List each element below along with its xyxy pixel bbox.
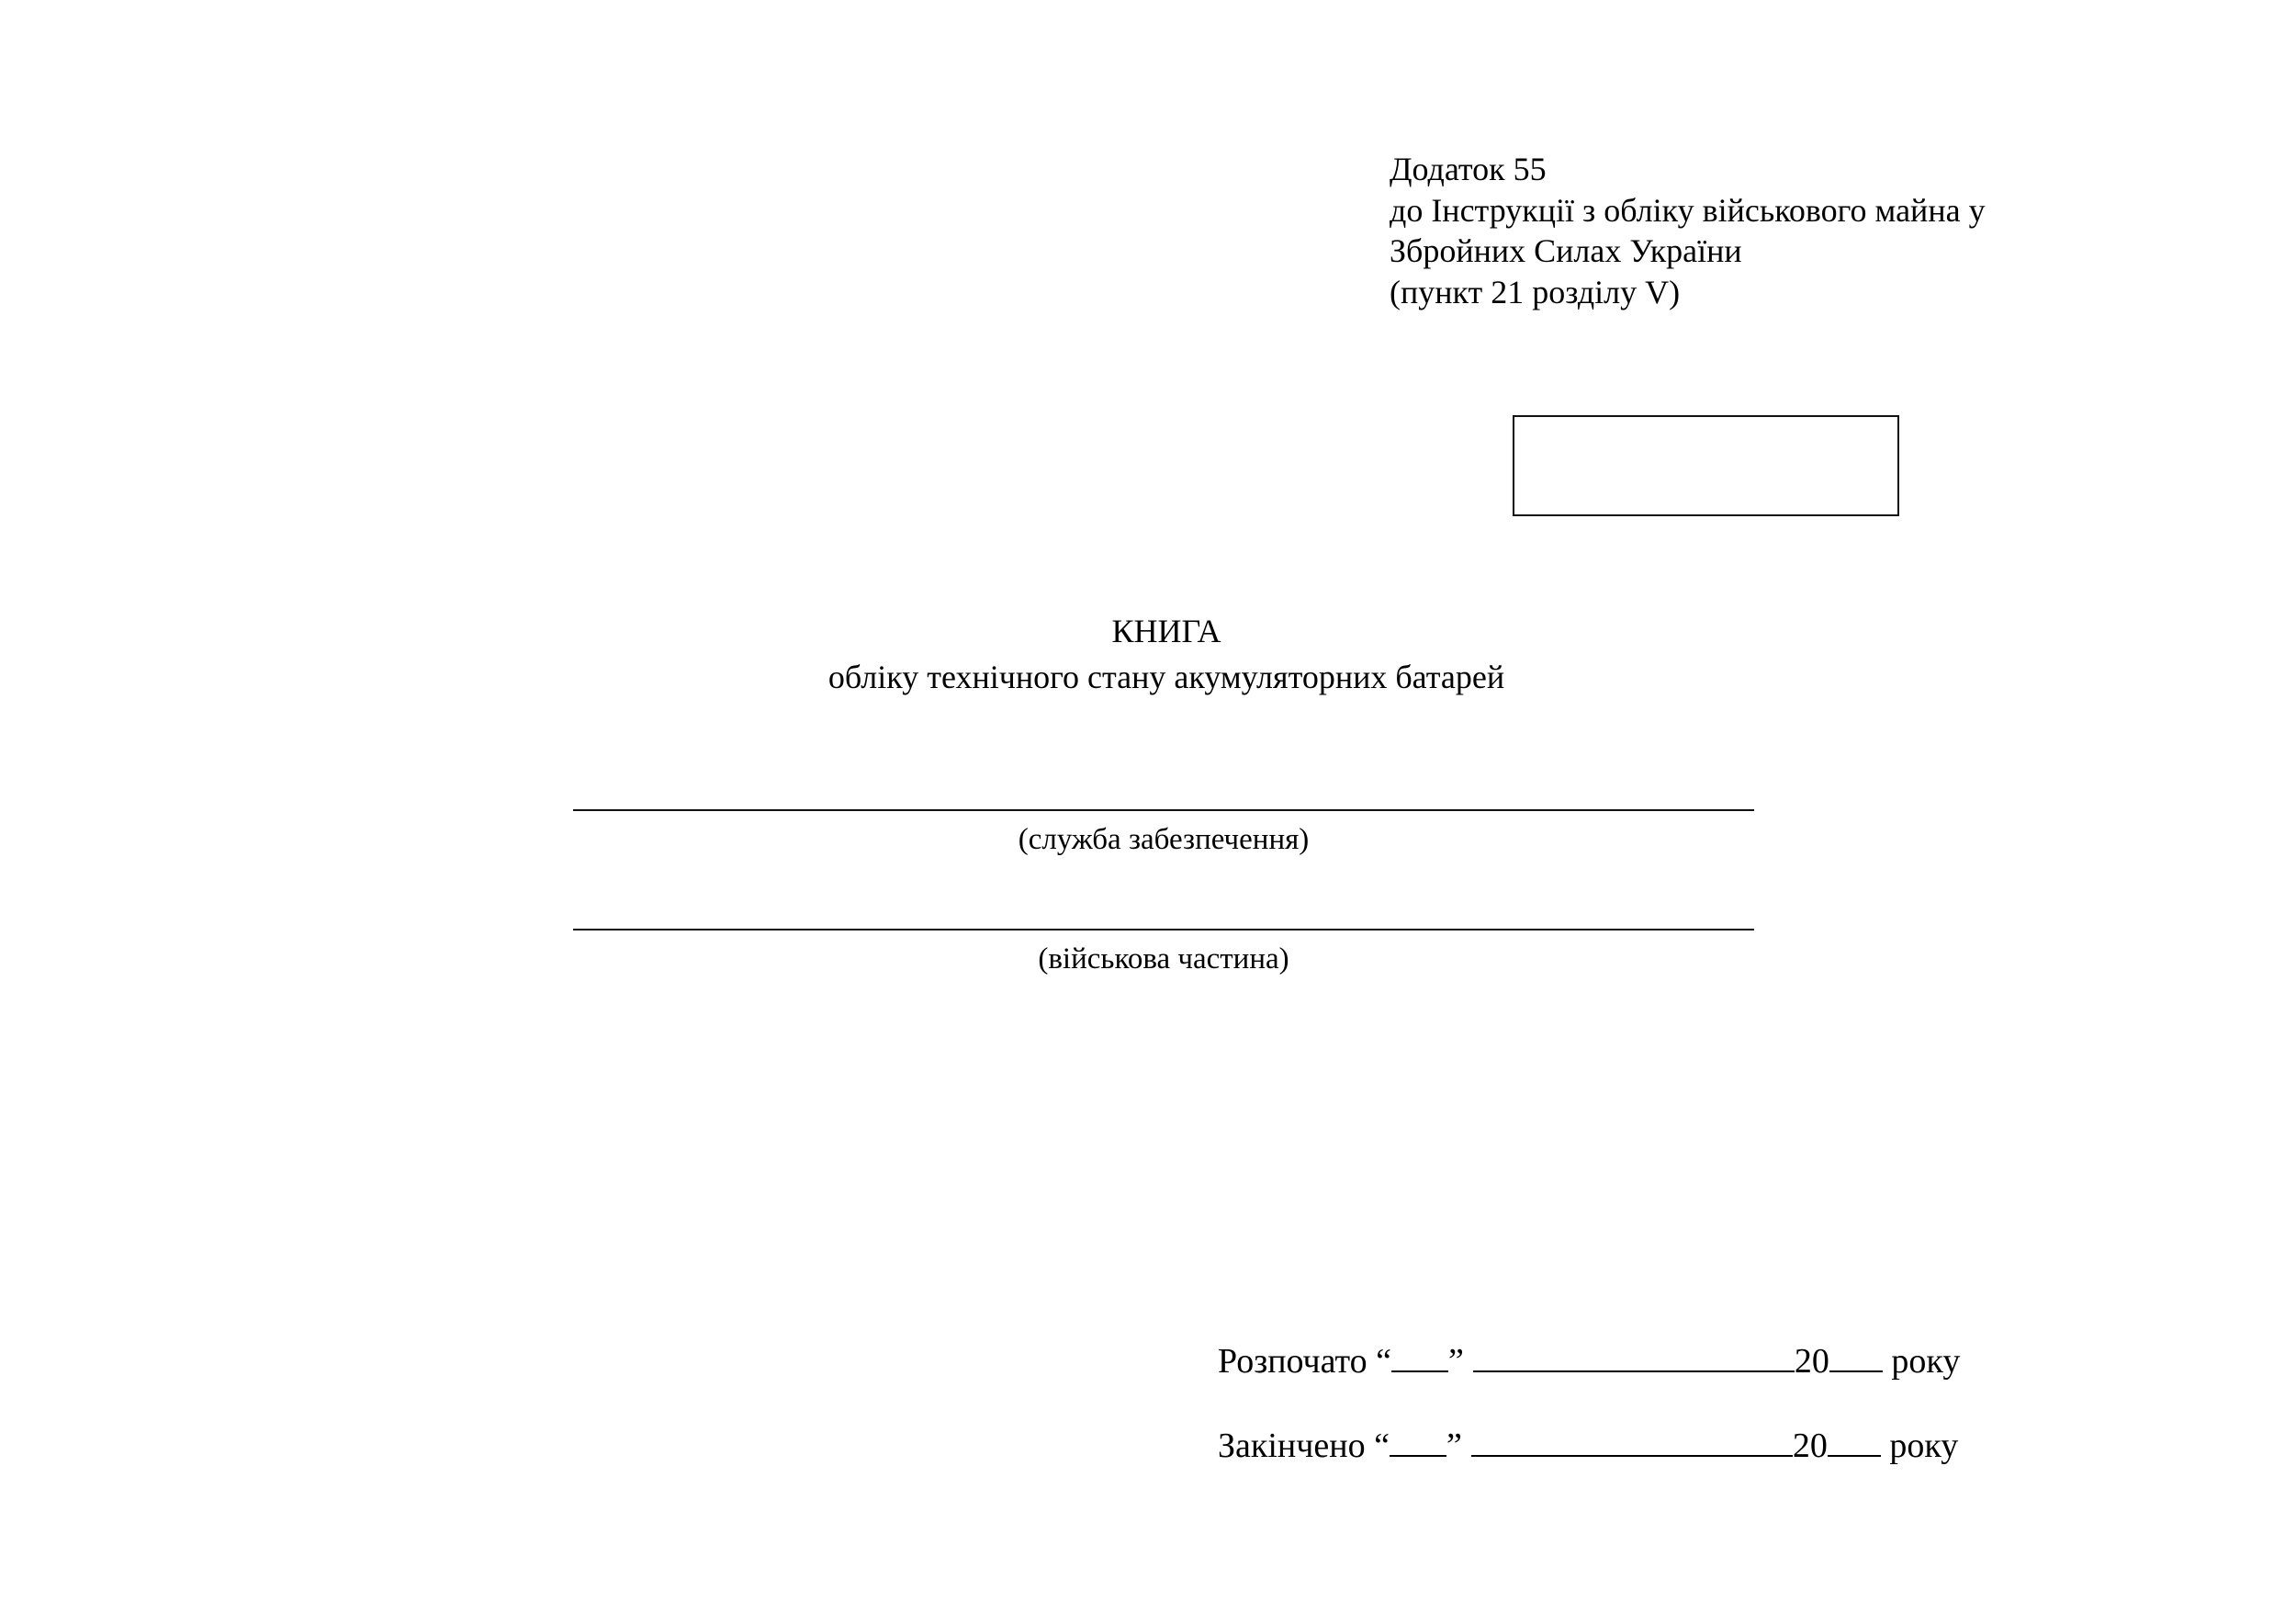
- open-quote: “: [1376, 1342, 1391, 1381]
- registration-number-box[interactable]: [1513, 415, 1899, 516]
- service-field-line[interactable]: [573, 809, 1754, 811]
- close-quote: ”: [1448, 1342, 1464, 1381]
- start-date-label: Розпочато: [1218, 1342, 1367, 1381]
- end-date-row: Закінчено “”20 року: [1218, 1426, 1958, 1466]
- end-month-blank[interactable]: [1471, 1427, 1793, 1457]
- title-heading: КНИГА: [0, 608, 2296, 654]
- year-prefix: 20: [1795, 1342, 1829, 1381]
- start-date-row: Розпочато “”20 року: [1218, 1341, 1960, 1382]
- year-suffix: року: [1891, 1342, 1960, 1381]
- book-title: КНИГА обліку технічного стану акумулятор…: [0, 608, 2296, 700]
- start-day-blank[interactable]: [1391, 1343, 1448, 1372]
- appendix-line: до Інструкції з обліку військового майна…: [1390, 190, 1986, 231]
- unit-field-line[interactable]: [573, 929, 1754, 930]
- appendix-reference: Додаток 55 до Інструкції з обліку військ…: [1390, 149, 1986, 312]
- document-page: Додаток 55 до Інструкції з обліку військ…: [0, 0, 2296, 1624]
- open-quote: “: [1374, 1427, 1390, 1465]
- close-quote: ”: [1446, 1427, 1462, 1465]
- title-subtitle: обліку технічного стану акумуляторних ба…: [0, 654, 2296, 700]
- unit-field-caption: (військова частина): [573, 942, 1754, 976]
- service-field-caption: (служба забезпечення): [573, 823, 1754, 857]
- appendix-line: Збройних Силах України: [1390, 231, 1986, 272]
- year-suffix: року: [1889, 1427, 1958, 1465]
- start-year-blank[interactable]: [1829, 1343, 1883, 1372]
- end-day-blank[interactable]: [1390, 1427, 1446, 1457]
- end-date-label: Закінчено: [1218, 1427, 1366, 1465]
- start-month-blank[interactable]: [1473, 1343, 1795, 1372]
- appendix-line: (пункт 21 розділу V): [1390, 272, 1986, 313]
- appendix-line: Додаток 55: [1390, 149, 1986, 190]
- end-year-blank[interactable]: [1828, 1427, 1881, 1457]
- year-prefix: 20: [1793, 1427, 1828, 1465]
